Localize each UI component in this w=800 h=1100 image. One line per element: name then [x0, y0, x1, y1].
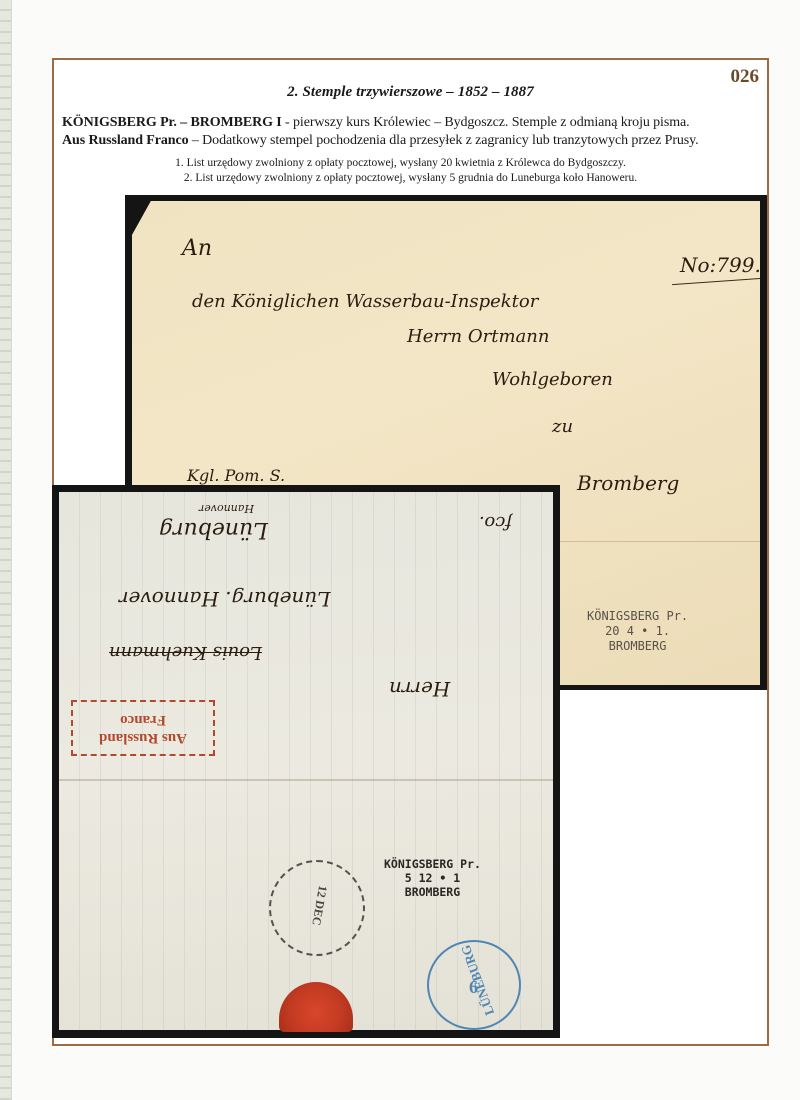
aus-russland-franco-stamp: Aus Russland Franco [71, 700, 215, 756]
description-1-bold: KÖNIGSBERG Pr. – BROMBERG I [62, 115, 282, 130]
handwriting-address-line-1: den Königlichen Wasserbau-Inspektor [192, 291, 538, 312]
fold-line [59, 779, 553, 781]
postmark-konigsberg-bromberg: KÖNIGSBERG Pr. 5 12 • 1 BROMBERG [384, 857, 481, 899]
postmark-line-1: KÖNIGSBERG Pr. [384, 857, 481, 871]
postmark-line-3: BROMBERG [384, 885, 481, 899]
section-title: 2. Stemple trzywierszowe – 1852 – 1887 [54, 84, 767, 101]
round-postmark-text: 12 DEC [308, 884, 330, 926]
red-stamp-line-2: Franco [73, 711, 213, 729]
handwriting-address-line-4: zu [552, 416, 573, 437]
handwriting-sender: Kgl. Pom. S. [187, 466, 285, 485]
postmark-konigsberg-bromberg: KÖNIGSBERG Pr. 20 4 • 1. BROMBERG [587, 609, 688, 654]
description-line-1: KÖNIGSBERG Pr. – BROMBERG I - pierwszy k… [62, 115, 690, 131]
note-2: 2. List urzędowy zwolniony z opłaty pocz… [54, 172, 767, 184]
red-stamp-line-1: Aus Russland [73, 729, 213, 747]
postmark-line-3: BROMBERG [587, 639, 688, 654]
description-2-bold: Aus Russland Franco [62, 133, 188, 148]
handwriting-city: Bromberg [577, 471, 679, 495]
blue-postmark-day: 6 [469, 977, 478, 998]
number-underline [672, 278, 762, 285]
binder-strip [0, 0, 12, 1100]
postmark-line-1: KÖNIGSBERG Pr. [587, 609, 688, 624]
handwriting-number: No:799. [680, 253, 761, 277]
handwriting-address: Lüneburg. Hannover [119, 587, 331, 611]
handwriting-address-line-2: Herrn Ortmann [407, 326, 549, 347]
description-1-text: - pierwszy kurs Królewiec – Bydgoszcz. S… [282, 115, 690, 130]
handwriting-name: Louis Kuehmann [109, 642, 262, 663]
handwriting-address-line-3: Wohlgeboren [492, 369, 613, 390]
description-line-2: Aus Russland Franco – Dodatkowy stempel … [62, 133, 699, 149]
handwriting-region: Hannover [199, 502, 254, 515]
handwriting-franco: fco. [479, 512, 512, 533]
postmark-line-2: 5 12 • 1 [384, 871, 481, 885]
handwriting-herrn: Herrn [389, 677, 450, 701]
round-postmark: 12 DEC [269, 860, 365, 956]
handwriting-salutation: An [182, 236, 212, 261]
cover-2-envelope: Hannover Lüneburg fco. Lüneburg. Hannove… [59, 492, 553, 1030]
cover-2-mount: Hannover Lüneburg fco. Lüneburg. Hannove… [52, 485, 560, 1038]
handwriting-city: Lüneburg [159, 517, 268, 542]
description-2-text: – Dodatkowy stempel pochodzenia dla prze… [188, 133, 698, 148]
note-1: 1. List urzędowy zwolniony z opłaty pocz… [34, 157, 767, 169]
postmark-line-2: 20 4 • 1. [587, 624, 688, 639]
blue-luneburg-postmark: LÜNEBURG 6 [427, 940, 521, 1030]
